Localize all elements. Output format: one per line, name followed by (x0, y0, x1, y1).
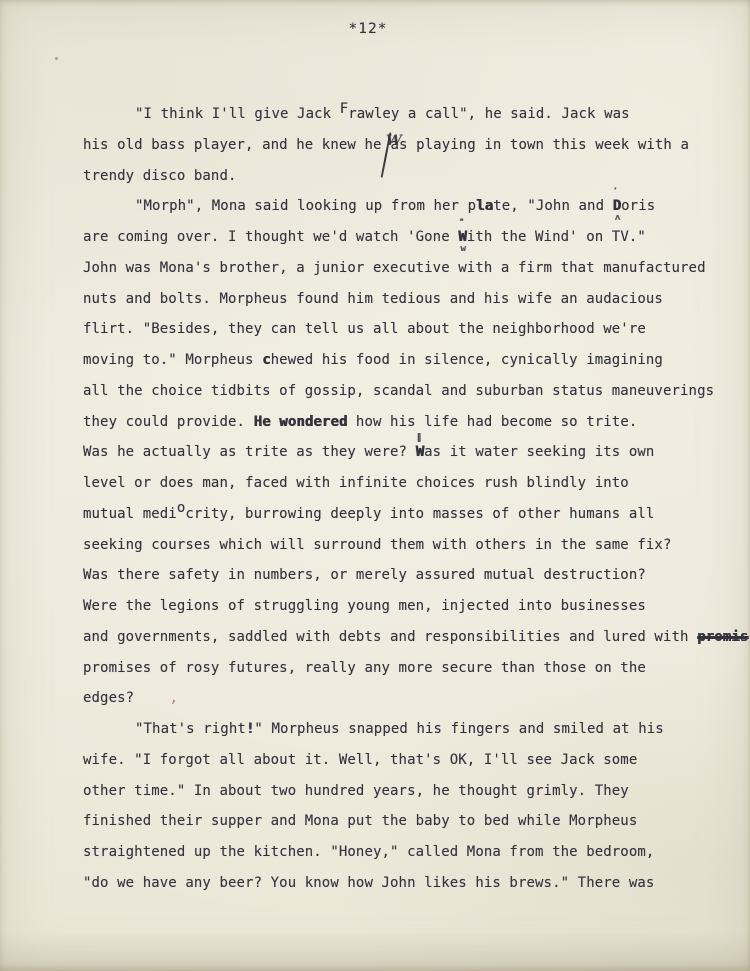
text-run: how his life had become so trite. (347, 414, 637, 430)
text-run: they could provide. (83, 414, 254, 430)
text-line: "Morph", Mona said looking up from her p… (83, 191, 738, 222)
text-run: mutual medi (83, 506, 177, 522)
text-run: his old bass player, and he knew he (83, 137, 382, 153)
text-run: oris (621, 198, 655, 214)
text-line: mutual mediocrity, burrowing deeply into… (83, 499, 738, 530)
text-line: trendy disco band. (83, 161, 738, 192)
text-line: "do we have any beer? You know how John … (83, 868, 738, 899)
text-line: finished their supper and Mona put the b… (83, 806, 738, 837)
text-run: hewed his food in silence, cynically ima… (271, 352, 663, 368)
text-run: trendy disco band. (83, 168, 237, 184)
text-line: promises of rosy futures, really any mor… (83, 653, 738, 684)
struckout-word: promis (697, 629, 748, 645)
text-line: wife. "I forgot all about it. Well, that… (83, 745, 738, 776)
text-run: ith the Wind' on TV." (467, 229, 646, 245)
raised-letter: F (340, 101, 349, 117)
text-line: his old bass player, and he knew heWas p… (83, 130, 738, 161)
text-run: wife. "I forgot all about it. Well, that… (83, 752, 637, 768)
overstruck-text: la (476, 198, 493, 214)
correction-mark-above: ‖ (417, 434, 422, 443)
typewritten-text: "I think I'll give Jack Frawley a call",… (83, 99, 738, 899)
text-run: seeking courses which will surround them… (83, 537, 671, 553)
paper-speck (55, 57, 58, 60)
text-run: other time." In about two hundred years,… (83, 783, 629, 799)
text-line: seeking courses which will surround them… (83, 530, 738, 561)
text-line: and governments, saddled with debts and … (83, 622, 738, 653)
text-line: edges? (83, 683, 738, 714)
text-line: level or does man, faced with infinite c… (83, 468, 738, 499)
text-run: "That's right (135, 721, 246, 737)
overstruck-text: c (262, 352, 271, 368)
text-run: flirt. "Besides, they can tell us all ab… (83, 321, 646, 337)
text-run: crity, burrowing deeply into masses of o… (185, 506, 654, 522)
text-line: they could provide. He wondered how his … (83, 407, 738, 438)
text-run: Was there safety in numbers, or merely a… (83, 567, 646, 583)
text-run: nuts and bolts. Morpheus found him tedio… (83, 291, 663, 307)
text-line: Were the legions of struggling young men… (83, 591, 738, 622)
overstruck-text: W‖ (416, 444, 425, 460)
text-line: "That's right!" Morpheus snapped his fin… (83, 714, 738, 745)
text-line: John was Mona's brother, a junior execut… (83, 253, 738, 284)
text-line: "I think I'll give Jack Frawley a call",… (83, 99, 738, 130)
text-line: flirt. "Besides, they can tell us all ab… (83, 314, 738, 345)
text-line: moving to." Morpheus chewed his food in … (83, 345, 738, 376)
text-run: and governments, saddled with debts and … (83, 629, 697, 645)
overstruck-text: He wondered (254, 414, 348, 430)
text-run: straightened up the kitchen. "Honey," ca… (83, 844, 654, 860)
text-run: "do we have any beer? You know how John … (83, 875, 654, 891)
overstruck-text: D’ʌ (613, 198, 622, 214)
text-run: as playing in town this week with a (391, 137, 690, 153)
text-run: promises of rosy futures, really any mor… (83, 660, 646, 676)
text-line: nuts and bolts. Morpheus found him tedio… (83, 284, 738, 315)
text-run: finished their supper and Mona put the b… (83, 813, 637, 829)
manuscript-page: *12* "I think I'll give Jack Frawley a c… (0, 0, 750, 971)
text-run: Was he actually as trite as they were? (83, 444, 416, 460)
text-run: as it water seeking its own (424, 444, 654, 460)
text-run: " Morpheus snapped his fingers and smile… (254, 721, 663, 737)
correction-mark-above: " (459, 219, 463, 228)
text-run: Were the legions of struggling young men… (83, 598, 646, 614)
text-run: edges? (83, 690, 134, 706)
text-run: John was Mona's brother, a junior execut… (83, 260, 706, 276)
text-line: straightened up the kitchen. "Honey," ca… (83, 837, 738, 868)
text-run: are coming over. I thought we'd watch 'G… (83, 229, 458, 245)
text-line: Was he actually as trite as they were? W… (83, 437, 738, 468)
text-run: "Morph", Mona said looking up from her p (135, 198, 476, 214)
correction-mark-above: ’ (614, 188, 617, 197)
text-run: moving to." Morpheus (83, 352, 262, 368)
text-line: all the choice tidbits of gossip, scanda… (83, 376, 738, 407)
overstruck-text: W"w (458, 229, 467, 245)
text-line: Was there safety in numbers, or merely a… (83, 560, 738, 591)
correction-mark-below: w (460, 245, 466, 254)
text-run: rawley a call", he said. Jack was (348, 106, 629, 122)
text-run: te, "John and (493, 198, 612, 214)
text-line: are coming over. I thought we'd watch 'G… (83, 222, 738, 253)
text-run: "I think I'll give Jack (135, 106, 340, 122)
correction-mark-below: ʌ (615, 214, 621, 223)
text-run: all the choice tidbits of gossip, scanda… (83, 383, 714, 399)
text-line: other time." In about two hundred years,… (83, 776, 738, 807)
text-run: level or does man, faced with infinite c… (83, 475, 629, 491)
page-number: *12* (0, 21, 736, 37)
